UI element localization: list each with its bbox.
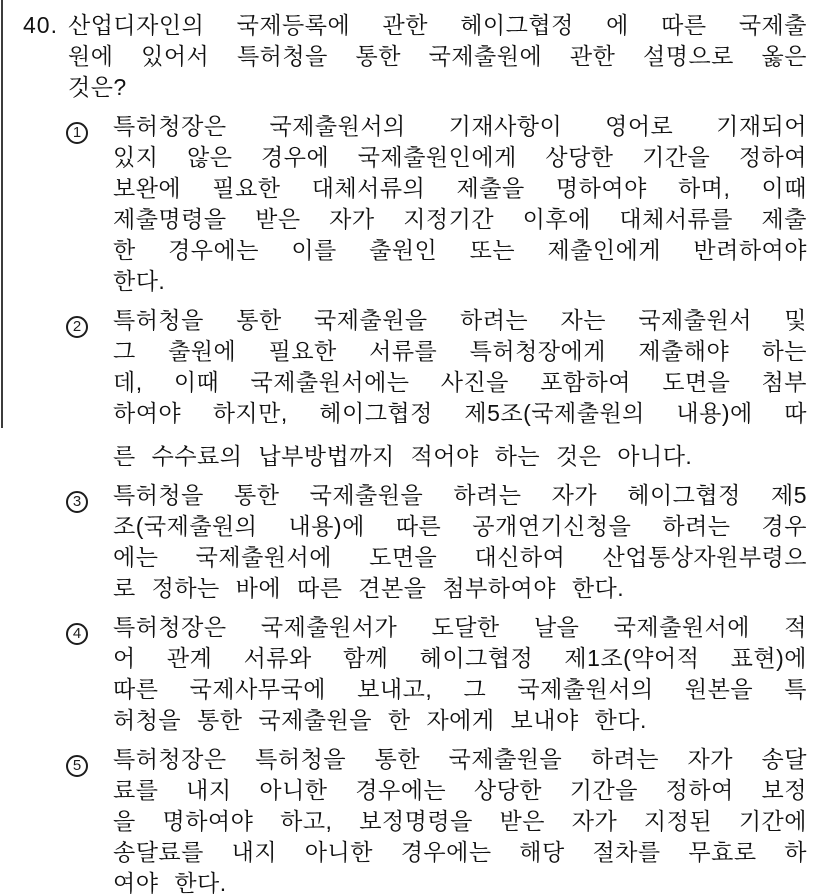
choice-text-line: 데, 이때 국제출원서에는 사진을 포함하여 도면을 첨부 [113,367,807,398]
question-number: 40. [23,10,68,103]
choice-marker-digit: 4 [73,626,81,641]
choice-text-line: 특허청장은 국제출원서의 기재사항이 영어로 기재되어 [113,111,807,142]
choice-text-line: 한 경우에는 이를 출원인 또는 제출인에게 반려하여야 [113,235,807,266]
question-text-line: 것은? [68,72,807,103]
question-text: 산업디자인의 국제등록에 관한 헤이그협정 에 따른 국제출 원에 있어서 특허… [68,10,807,103]
choice-2: 2 특허청을 통한 국제출원을 하려는 자는 국제출원서 및 그 출원에 필요한… [0,305,826,472]
choice-marker: 4 [66,612,113,736]
choice-text-line: 에는 국제출원서에 도면을 대신하여 산업통상자원부령으 [113,542,807,573]
choice-text-line: 특허청장은 국제출원서가 도달한 날을 국제출원서에 적 [113,612,807,643]
circled-number-icon: 4 [66,623,88,645]
choice-text-line: 하여야 하지만, 헤이그협정 제5조(국제출원의 내용)에 따 [113,398,807,429]
choice-text-line: 료를 내지 아니한 경우에는 상당한 기간을 정하여 보정 [113,775,807,806]
choice-text-line: 특허청을 통한 국제출원을 하려는 자가 헤이그협정 제5 [113,480,807,511]
choice-text-line: 제출명령을 받은 자가 지정기간 이후에 대체서류를 제출 [113,204,807,235]
exam-question-page: 40. 산업디자인의 국제등록에 관한 헤이그협정 에 따른 국제출 원에 있어… [0,0,826,895]
choice-text-line: 한다. [113,266,807,297]
question-text-line: 원에 있어서 특허청을 통한 국제출원에 관한 설명으로 옳은 [68,41,807,72]
choice-text-line: 조(국제출원의 내용)에 따른 공개연기신청을 하려는 경우 [113,511,807,542]
circled-number-icon: 3 [66,491,88,513]
circled-number-icon: 2 [66,316,88,338]
choice-3: 3 특허청을 통한 국제출원을 하려는 자가 헤이그협정 제5 조(국제출원의 … [0,480,826,604]
choice-text-line: 허청을 통한 국제출원을 한 자에게 보내야 한다. [113,705,807,736]
choice-text: 특허청을 통한 국제출원을 하려는 자가 헤이그협정 제5 조(국제출원의 내용… [113,480,807,604]
choice-text-line: 여야 한다. [113,868,807,895]
circled-number-icon: 5 [66,755,88,777]
choice-marker-digit: 2 [73,319,81,334]
choice-marker: 5 [66,744,113,895]
choice-text-line: 보완에 필요한 대체서류의 제출을 명하여야 하며, 이때 [113,173,807,204]
choice-text: 특허청장은 국제출원서의 기재사항이 영어로 기재되어 있지 않은 경우에 국제… [113,111,807,297]
choice-text-line: 그 출원에 필요한 서류를 특허청장에게 제출해야 하는 [113,336,807,367]
choice-text-line: 따른 국제사무국에 보내고, 그 국제출원서의 원본을 특 [113,674,807,705]
choice-text: 특허청장은 특허청을 통한 국제출원을 하려는 자가 송달 료를 내지 아니한 … [113,744,807,895]
choice-text: 특허청을 통한 국제출원을 하려는 자는 국제출원서 및 그 출원에 필요한 서… [113,305,807,472]
choice-text-line: 특허청을 통한 국제출원을 하려는 자는 국제출원서 및 [113,305,807,336]
choice-text-line: 있지 않은 경우에 국제출원인에게 상당한 기간을 정하여 [113,142,807,173]
choice-5: 5 특허청장은 특허청을 통한 국제출원을 하려는 자가 송달 료를 내지 아니… [0,744,826,895]
left-border-rule [1,0,3,428]
circled-number-icon: 1 [66,122,88,144]
choice-marker: 3 [66,480,113,604]
choice-marker-digit: 1 [73,125,81,140]
choice-marker-digit: 3 [73,494,81,509]
choice-text-line: 특허청장은 특허청을 통한 국제출원을 하려는 자가 송달 [113,744,807,775]
choice-marker: 1 [66,111,113,297]
choice-4: 4 특허청장은 국제출원서가 도달한 날을 국제출원서에 적 어 관계 서류와 … [0,612,826,736]
choice-marker: 2 [66,305,113,472]
question-block: 40. 산업디자인의 국제등록에 관한 헤이그협정 에 따른 국제출 원에 있어… [0,10,826,103]
choice-1: 1 특허청장은 국제출원서의 기재사항이 영어로 기재되어 있지 않은 경우에 … [0,111,826,297]
question-text-line: 산업디자인의 국제등록에 관한 헤이그협정 에 따른 국제출 [68,10,807,41]
choice-text-line: 송달료를 내지 아니한 경우에는 해당 절차를 무효로 하 [113,837,807,868]
choice-text-line: 로 정하는 바에 따른 견본을 첨부하여야 한다. [113,573,807,604]
choice-marker-digit: 5 [73,758,81,773]
choice-text: 특허청장은 국제출원서가 도달한 날을 국제출원서에 적 어 관계 서류와 함께… [113,612,807,736]
choice-text-line: 어 관계 서류와 함께 헤이그협정 제1조(약어적 표현)에 [113,643,807,674]
choice-text-line: 을 명하여야 하고, 보정명령을 받은 자가 지정된 기간에 [113,806,807,837]
choice-text-line: 른 수수료의 납부방법까지 적어야 하는 것은 아니다. [113,441,807,472]
